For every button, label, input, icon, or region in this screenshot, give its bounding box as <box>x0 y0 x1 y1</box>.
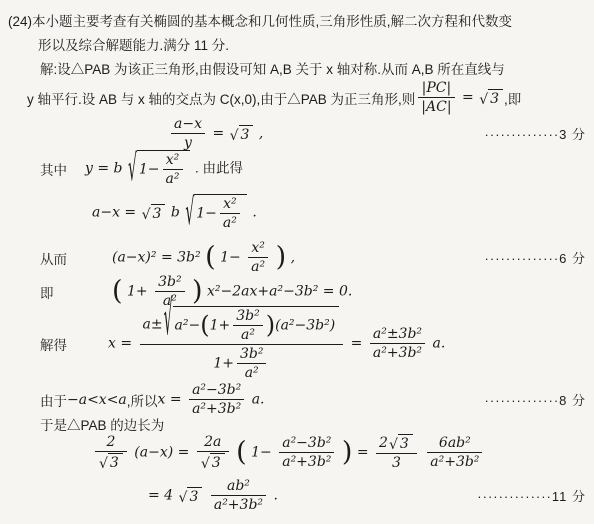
fraction-2a-sqrt3: 2a√3 <box>197 434 229 471</box>
equation-side-length: 2√3 (a−x) = 2a√3 ( 1− a²−3b²a²+3b² ) = 2… <box>92 434 586 471</box>
radical-icon: √ <box>230 129 239 143</box>
radicand-inner-pre: 1+ <box>210 318 231 334</box>
text-youyu: 由于 <box>40 390 67 410</box>
label-jiede: 解得 <box>40 334 108 354</box>
comma: , <box>291 250 295 266</box>
text-suoyi: ,所以 <box>127 390 158 410</box>
score-6pts: ··············6 分 <box>485 248 586 267</box>
fraction-ax-y: a−x y <box>171 116 205 151</box>
radicand: 3 <box>488 89 503 107</box>
intro-line-2: 形以及综合解题能力.满分 11 分. <box>38 34 586 54</box>
radical-icon: √ <box>389 438 398 452</box>
fraction-x2-a2: x²a² <box>220 196 240 231</box>
score-11pts: ··············11 分 <box>477 486 586 505</box>
period: . <box>252 205 256 221</box>
radical-icon: √ <box>164 296 173 344</box>
radical-icon: √ <box>142 208 151 222</box>
big-fraction-numerator: a±√a²−(1+3b²a²)(a²−3b²) <box>140 306 344 345</box>
fraction-denominator: √3 <box>95 452 127 471</box>
comma: , <box>259 126 263 142</box>
scanned-exam-solution-page: (24)本小题主要考查有关椭圆的基本概念和几何性质,三角形性质,解二次方程和代数… <box>0 0 594 524</box>
intro-text-2: 形以及综合解题能力.满分 11 分. <box>38 34 229 54</box>
right-paren: ) <box>342 437 353 468</box>
solution-line-2: y 轴平行.设 AB 与 x 轴的交点为 C(x,0),由于△PAB 为正三角形… <box>27 80 586 115</box>
lhs: x = <box>108 336 132 352</box>
radical-icon: √ <box>128 151 137 187</box>
trailing-a: a. <box>432 336 445 352</box>
sqrt-1-minus-x2a2: √1−x²a² <box>128 150 190 187</box>
equation-result-body: = 4 √3 ab²a²+3b² . <box>148 478 278 513</box>
radical-icon: √ <box>179 491 188 505</box>
radicand: 3 <box>108 453 123 471</box>
solution-text-2: y 轴平行.设 AB 与 x 轴的交点为 C(x,0),由于△PAB 为正三角形… <box>27 88 415 108</box>
fraction-denominator: a²+3b² <box>211 496 266 513</box>
equals-sign: = <box>212 126 224 142</box>
fraction-denominator: a² <box>233 326 262 343</box>
radical-icon: √ <box>201 457 210 471</box>
equation-x-value-8pts: 由于 −a<x<a ,所以 x = a²−3b²a²+3b² a. ······… <box>40 382 586 417</box>
fraction-pc-ac: |PC| |AC| <box>418 80 454 115</box>
fraction-numerator: a²−3b² <box>189 382 244 400</box>
radicand: 3 <box>398 434 413 452</box>
left-paren: ( <box>112 276 123 307</box>
mid-1: (a−x) = <box>134 445 189 461</box>
fraction-denominator: |AC| <box>418 98 454 115</box>
fraction-numerator: x² <box>163 152 183 170</box>
sqrt-3: √3 <box>230 125 254 143</box>
coefficient-2: 2 <box>379 435 388 451</box>
fraction-denominator: a²+3b² <box>370 344 425 361</box>
solution-text-1: 解:设△PAB 为该正三角形,由假设可知 A,B 关于 x 轴对称.从而 A,B… <box>40 58 505 78</box>
fraction-x-value: a²−3b²a²+3b² <box>189 382 244 417</box>
lhs: y = b <box>85 161 123 177</box>
lhs: a−x = <box>92 205 136 221</box>
radicand: 3 <box>210 453 225 471</box>
fraction-numerator: a²−3b² <box>279 435 334 453</box>
right-paren: ) <box>192 276 203 307</box>
fraction-denominator: a²+3b² <box>427 453 482 470</box>
fraction-numerator: 3b² <box>233 308 262 326</box>
equation-y-definition: 其中 y = b √1−x²a² . 由此得 <box>40 150 586 187</box>
left-paren: ( <box>200 311 209 339</box>
equation-y-def-body: y = b √1−x²a² . 由此得 <box>85 150 243 187</box>
fraction-denominator: a² <box>248 258 268 275</box>
fraction-6ab2: 6ab²a²+3b² <box>427 435 482 470</box>
result-fraction: a²±3b²a²+3b² <box>370 326 425 361</box>
fraction-3b2-a2: 3b²a² <box>237 346 266 381</box>
discriminant-sqrt: √a²−(1+3b²a²)(a²−3b²) <box>164 306 340 343</box>
fraction-denominator: a²+3b² <box>279 453 334 470</box>
equation-a-minus-x-body: a−x = √3 b √1−x²a² . <box>92 194 257 231</box>
fraction-result: ab²a²+3b² <box>211 478 266 513</box>
fraction-denominator: a² <box>237 364 266 381</box>
fraction-denominator: √3 <box>197 452 229 471</box>
radicand: 1−x²a² <box>137 150 190 187</box>
side-length-intro-text: 于是△PAB 的边长为 <box>40 414 164 434</box>
score-3pts: ··············3 分 <box>485 124 586 143</box>
coefficient-b: b <box>171 205 180 221</box>
radical-icon: √ <box>479 93 488 107</box>
fraction-denominator: y <box>171 134 205 151</box>
equation-solve-x: 解得 x = a±√a²−(1+3b²a²)(a²−3b²) 1+3b²a² =… <box>40 306 586 381</box>
solution-line-1: 解:设△PAB 为该正三角形,由假设可知 A,B 关于 x 轴对称.从而 A,B… <box>40 58 586 78</box>
intro-text-1: (24)本小题主要考查有关椭圆的基本概念和几何性质,三角形性质,解二次方程和代数… <box>8 10 512 30</box>
radicand: 3 <box>239 125 254 143</box>
inequality: −a<x<a <box>67 392 127 408</box>
fraction-2-sqrt3: 2√3 <box>95 434 127 471</box>
right-paren: ) <box>276 242 287 273</box>
sqrt-3: √3 <box>179 487 203 505</box>
equation-ratio: a−x y = √3 , <box>168 116 263 151</box>
fraction-inner: a²−3b²a²+3b² <box>279 435 334 470</box>
equation-solve-body: x = a±√a²−(1+3b²a²)(a²−3b²) 1+3b²a² = a²… <box>108 306 445 381</box>
label-conger: 从而 <box>40 248 112 268</box>
radicand-pre: 1− <box>139 162 160 178</box>
big-fraction-denominator: 1+3b²a² <box>140 345 344 381</box>
sqrt-3: √3 <box>99 453 123 471</box>
fraction-numerator: x² <box>220 196 240 214</box>
left-paren: ( <box>236 437 247 468</box>
fraction-2sqrt3-3: 2√33 <box>376 434 417 471</box>
x-value-body: x = a²−3b²a²+3b² a. <box>158 382 265 417</box>
radicand: 3 <box>187 487 202 505</box>
radicand: a²−(1+3b²a²)(a²−3b²) <box>173 306 340 343</box>
fraction-numerator: 3b² <box>155 274 184 292</box>
right-paren: ) <box>266 311 275 339</box>
fraction-numerator: a−x <box>171 116 205 134</box>
equals-sign: = <box>357 445 369 461</box>
rest: x²−2ax+a²−3b² = 0. <box>207 284 352 300</box>
fraction-denominator: 3 <box>376 454 417 471</box>
fraction-3b2-a2: 3b²a² <box>233 308 262 343</box>
sqrt-3: √3 <box>142 204 166 222</box>
equals-sign: = <box>462 90 474 106</box>
ratio-pc-ac: |PC| |AC| = √3 <box>415 80 504 115</box>
numerator-pre: a± <box>143 317 163 333</box>
radicand-post: (a²−3b²) <box>275 318 335 334</box>
inner-pre: 1+ <box>127 284 148 300</box>
fraction-numerator: 2 <box>95 434 127 452</box>
equation-a-minus-x: a−x = √3 b √1−x²a² . <box>92 194 586 231</box>
left-paren: ( <box>205 242 216 273</box>
sqrt-3: √3 <box>389 434 413 452</box>
solution-text-2-post: ,即 <box>504 88 521 108</box>
fraction-numerator: a²±3b² <box>370 326 425 344</box>
inner-pre: 1− <box>220 250 241 266</box>
fraction-numerator: |PC| <box>418 80 454 98</box>
lhs: (a−x)² = 3b² <box>112 250 201 266</box>
fraction-x2-a2: x²a² <box>248 240 268 275</box>
denominator-pre: 1+ <box>213 356 234 372</box>
fraction-numerator: 2√3 <box>376 434 417 454</box>
radicand: 3 <box>151 204 166 222</box>
post-text: . 由此得 <box>195 161 243 176</box>
sqrt-3: √3 <box>201 453 225 471</box>
equation-squared-body: (a−x)² = 3b² ( 1− x²a² ) , <box>112 240 295 275</box>
fraction-numerator: 2a <box>197 434 229 452</box>
radical-icon: √ <box>99 457 108 471</box>
fraction-numerator: 6ab² <box>427 435 482 453</box>
score-8pts: ··············8 分 <box>485 390 586 409</box>
trailing-a: a. <box>252 392 265 408</box>
equation-squared-6pts: 从而 (a−x)² = 3b² ( 1− x²a² ) , ··········… <box>40 240 586 275</box>
lhs: = 4 <box>148 488 173 504</box>
big-fraction: a±√a²−(1+3b²a²)(a²−3b²) 1+3b²a² <box>140 306 344 381</box>
fraction-denominator: a² <box>163 170 183 187</box>
radicand: 1−x²a² <box>194 194 247 231</box>
sqrt-1-minus-x2a2: √1−x²a² <box>185 194 247 231</box>
label-qizhong: 其中 <box>40 159 85 179</box>
fraction-numerator: x² <box>248 240 268 258</box>
equation-quadratic-body: ( 1+ 3b²a² ) x²−2ax+a²−3b² = 0. <box>112 274 352 309</box>
label-ji: 即 <box>40 282 112 302</box>
period: . <box>273 488 277 504</box>
equals-sign: = <box>351 336 363 352</box>
lhs: x = <box>158 392 182 408</box>
inner-pre: 1− <box>251 445 272 461</box>
equation-ratio-3pts: a−x y = √3 , ··············3 分 <box>168 116 586 151</box>
fraction-x2-a2: x²a² <box>163 152 183 187</box>
sqrt-3: √3 <box>479 89 503 107</box>
equation-quadratic: 即 ( 1+ 3b²a² ) x²−2ax+a²−3b² = 0. <box>40 274 586 309</box>
equation-result-11pts: = 4 √3 ab²a²+3b² . ··············11 分 <box>148 478 586 513</box>
equation-side-length-body: 2√3 (a−x) = 2a√3 ( 1− a²−3b²a²+3b² ) = 2… <box>92 434 485 471</box>
side-length-intro: 于是△PAB 的边长为 <box>40 414 586 434</box>
fraction-numerator: 3b² <box>237 346 266 364</box>
fraction-numerator: ab² <box>211 478 266 496</box>
radical-icon: √ <box>185 195 194 231</box>
intro-line-1: (24)本小题主要考查有关椭圆的基本概念和几何性质,三角形性质,解二次方程和代数… <box>8 10 586 30</box>
fraction-denominator: a² <box>220 214 240 231</box>
radicand-pre: a²− <box>175 318 201 334</box>
radicand-pre: 1− <box>196 206 217 222</box>
